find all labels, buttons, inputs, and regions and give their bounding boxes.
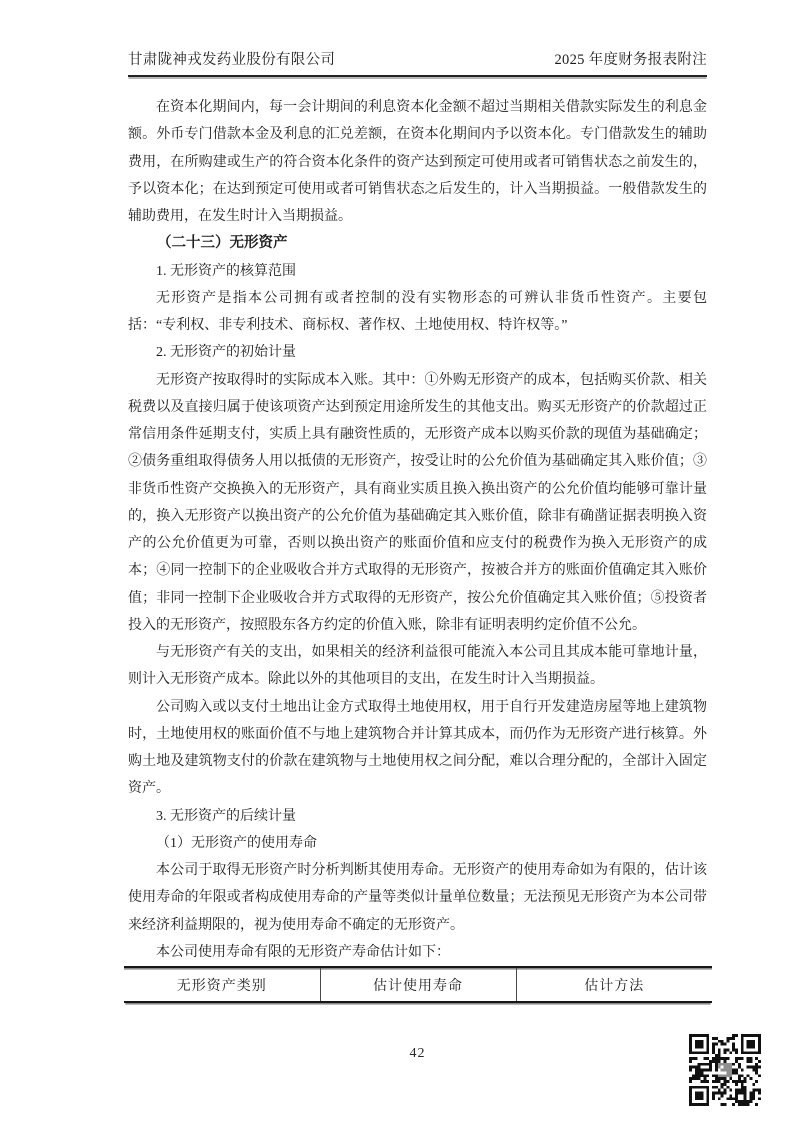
page-header: 甘肃陇神戎发药业股份有限公司 2025 年度财务报表附注 xyxy=(128,50,707,77)
column-header-estimation-method: 估计方法 xyxy=(516,968,712,1001)
document-page: 甘肃陇神戎发药业股份有限公司 2025 年度财务报表附注 在资本化期间内，每一会… xyxy=(0,0,794,1122)
subheading-subsequent-measurement: 3. 无形资产的后续计量 xyxy=(128,803,707,830)
document-body: 在资本化期间内，每一会计期间的利息资本化金额不超过当期相关借款实际发生的利息金额… xyxy=(128,94,707,966)
paragraph-related-expenditure: 与无形资产有关的支出，如果相关的经济利益很可能流入本公司且其成本能可靠地计量，则… xyxy=(128,639,707,694)
subheading-useful-life: （1）无形资产的使用寿命 xyxy=(128,830,707,857)
qr-code xyxy=(689,1034,761,1106)
header-company-name: 甘肃陇神戎发药业股份有限公司 xyxy=(128,50,335,70)
column-header-asset-class: 无形资产类别 xyxy=(124,968,320,1001)
paragraph-accounting-scope: 无形资产是指本公司拥有或者控制的没有实物形态的可辨认非货币性资产。主要包括：“专… xyxy=(128,285,707,340)
subheading-initial-measurement: 2. 无形资产的初始计量 xyxy=(128,339,707,366)
paragraph-initial-measurement: 无形资产按取得时的实际成本入账。其中：①外购无形资产的成本，包括购买价款、相关税… xyxy=(128,367,707,640)
subheading-accounting-scope: 1. 无形资产的核算范围 xyxy=(128,258,707,285)
paragraph-useful-life: 本公司于取得无形资产时分析判断其使用寿命。无形资产的使用寿命如为有限的，估计该使… xyxy=(128,857,707,939)
paragraph-land-use-right: 公司购入或以支付土地出让金方式取得土地使用权，用于自行开发建造房屋等地上建筑物时… xyxy=(128,694,707,803)
paragraph-interest-capitalization: 在资本化期间内，每一会计期间的利息资本化金额不超过当期相关借款实际发生的利息金额… xyxy=(128,94,707,230)
header-doc-title: 2025 年度财务报表附注 xyxy=(554,50,707,70)
page-number: 42 xyxy=(128,1046,707,1062)
section-heading-intangible-assets: （二十三）无形资产 xyxy=(128,230,707,257)
column-header-estimated-useful-life: 估计使用寿命 xyxy=(320,968,516,1001)
intangible-assets-table: 无形资产类别 估计使用寿命 估计方法 xyxy=(124,966,712,1003)
header-rule xyxy=(128,75,707,77)
paragraph-table-intro: 本公司使用寿命有限的无形资产寿命估计如下： xyxy=(128,939,707,966)
table-header-row: 无形资产类别 估计使用寿命 估计方法 xyxy=(124,968,712,1001)
